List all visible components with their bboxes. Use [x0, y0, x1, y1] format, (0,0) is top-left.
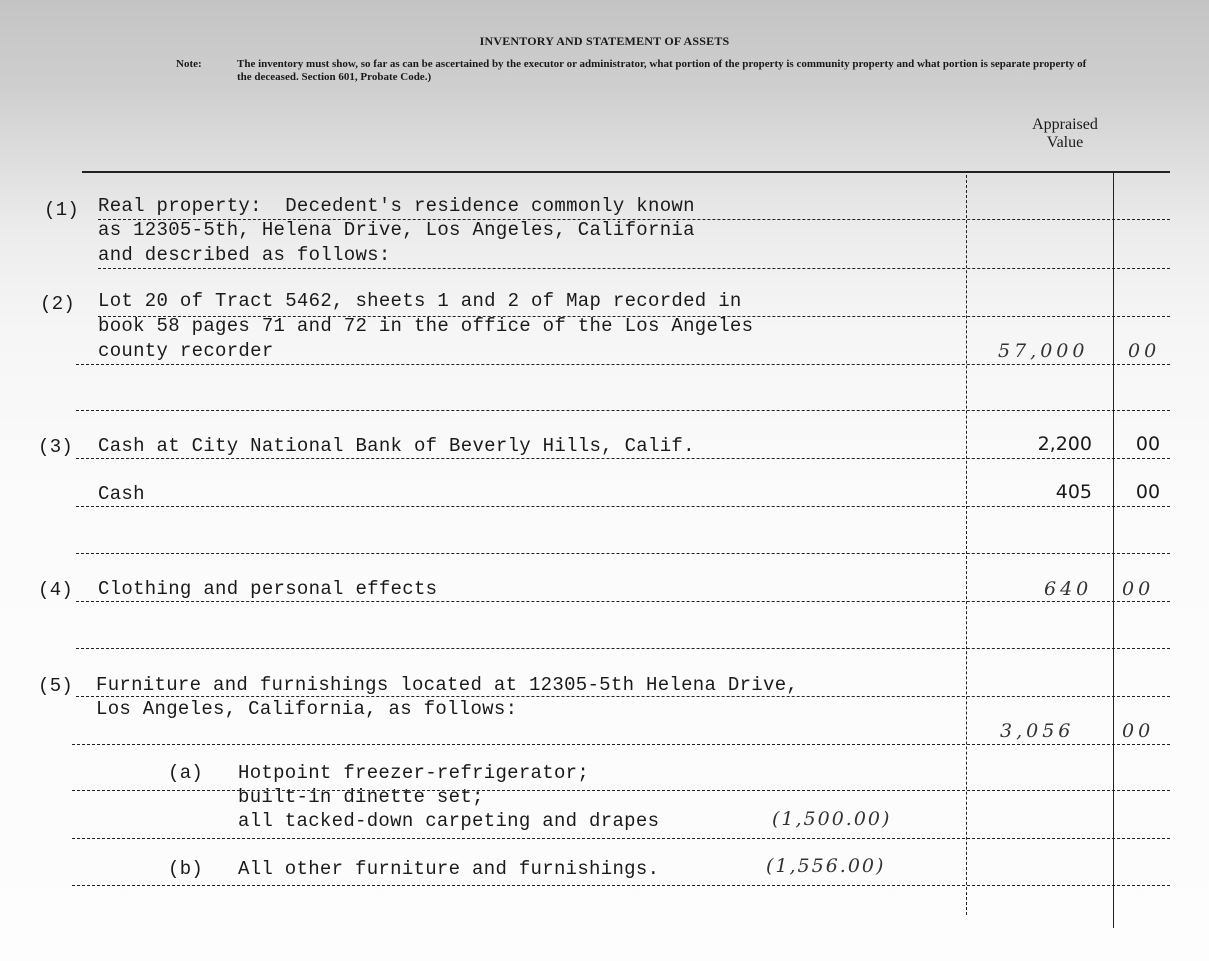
- note-text: The inventory must show, so far as can b…: [237, 58, 1097, 84]
- item-marker: (2): [40, 292, 75, 316]
- subitem-marker: (a): [168, 761, 203, 785]
- handwritten-value: 57,000: [998, 340, 1088, 362]
- value-amount: 405: [980, 480, 1092, 504]
- item-marker: (3): [38, 435, 73, 459]
- item-line: Cash: [98, 482, 145, 506]
- subitem-line: All other furniture and furnishings.: [238, 857, 659, 881]
- item-line: Clothing and personal effects: [98, 577, 437, 601]
- note-label: Note:: [176, 58, 202, 70]
- item-line: county recorder: [98, 339, 274, 363]
- subitem-line: Hotpoint freezer-refrigerator;: [238, 761, 589, 785]
- header-rule: [82, 171, 1170, 173]
- handwritten-cents: 00: [1122, 578, 1154, 600]
- item-line: Los Angeles, California, as follows:: [96, 697, 517, 721]
- header-line-1: Appraised: [1000, 116, 1130, 134]
- rule: [76, 410, 1170, 411]
- item-line: as 12305-5th, Helena Drive, Los Angeles,…: [98, 218, 695, 242]
- subitem-marker: (b): [168, 857, 203, 881]
- rule: [76, 506, 1170, 507]
- item-marker: (5): [38, 674, 73, 698]
- rule: [76, 601, 1170, 602]
- rule: [76, 458, 1170, 459]
- rule: [72, 885, 1170, 886]
- rule: [72, 744, 1170, 745]
- rule: [72, 838, 1170, 839]
- value-amount: 2,200: [980, 432, 1092, 456]
- subitem-line: all tacked-down carpeting and drapes: [238, 809, 659, 833]
- handwritten-value: 3,056: [1000, 720, 1074, 742]
- item-line: and described as follows:: [98, 243, 391, 267]
- value-cents: 00: [1123, 432, 1173, 456]
- handwritten-value: 640: [1044, 578, 1092, 600]
- item-line: book 58 pages 71 and 72 in the office of…: [98, 314, 753, 338]
- rule: [76, 553, 1170, 554]
- item-line: Real property: Decedent's residence comm…: [98, 194, 695, 218]
- handwritten-annotation: (1,556.00): [766, 855, 885, 877]
- cents-column-divider: [1113, 173, 1114, 928]
- document-title: INVENTORY AND STATEMENT OF ASSETS: [0, 34, 1209, 49]
- item-marker: (1): [44, 198, 79, 222]
- handwritten-cents: 00: [1122, 720, 1154, 742]
- header-line-2: Value: [1000, 134, 1130, 152]
- handwritten-annotation: (1,500.00): [772, 808, 891, 830]
- rule: [98, 268, 1170, 269]
- subitem-line: built-in dinette set;: [238, 785, 484, 809]
- item-line: Lot 20 of Tract 5462, sheets 1 and 2 of …: [98, 289, 742, 313]
- value-column-divider: [966, 175, 967, 915]
- rule: [72, 790, 1170, 791]
- value-cents: 00: [1123, 480, 1173, 504]
- rule: [76, 648, 1170, 649]
- rule: [76, 364, 1170, 365]
- item-line: Furniture and furnishings located at 123…: [96, 673, 798, 697]
- handwritten-cents: 00: [1128, 340, 1160, 362]
- appraised-value-header: Appraised Value: [1000, 116, 1130, 152]
- item-line: Cash at City National Bank of Beverly Hi…: [98, 434, 695, 458]
- item-marker: (4): [38, 578, 73, 602]
